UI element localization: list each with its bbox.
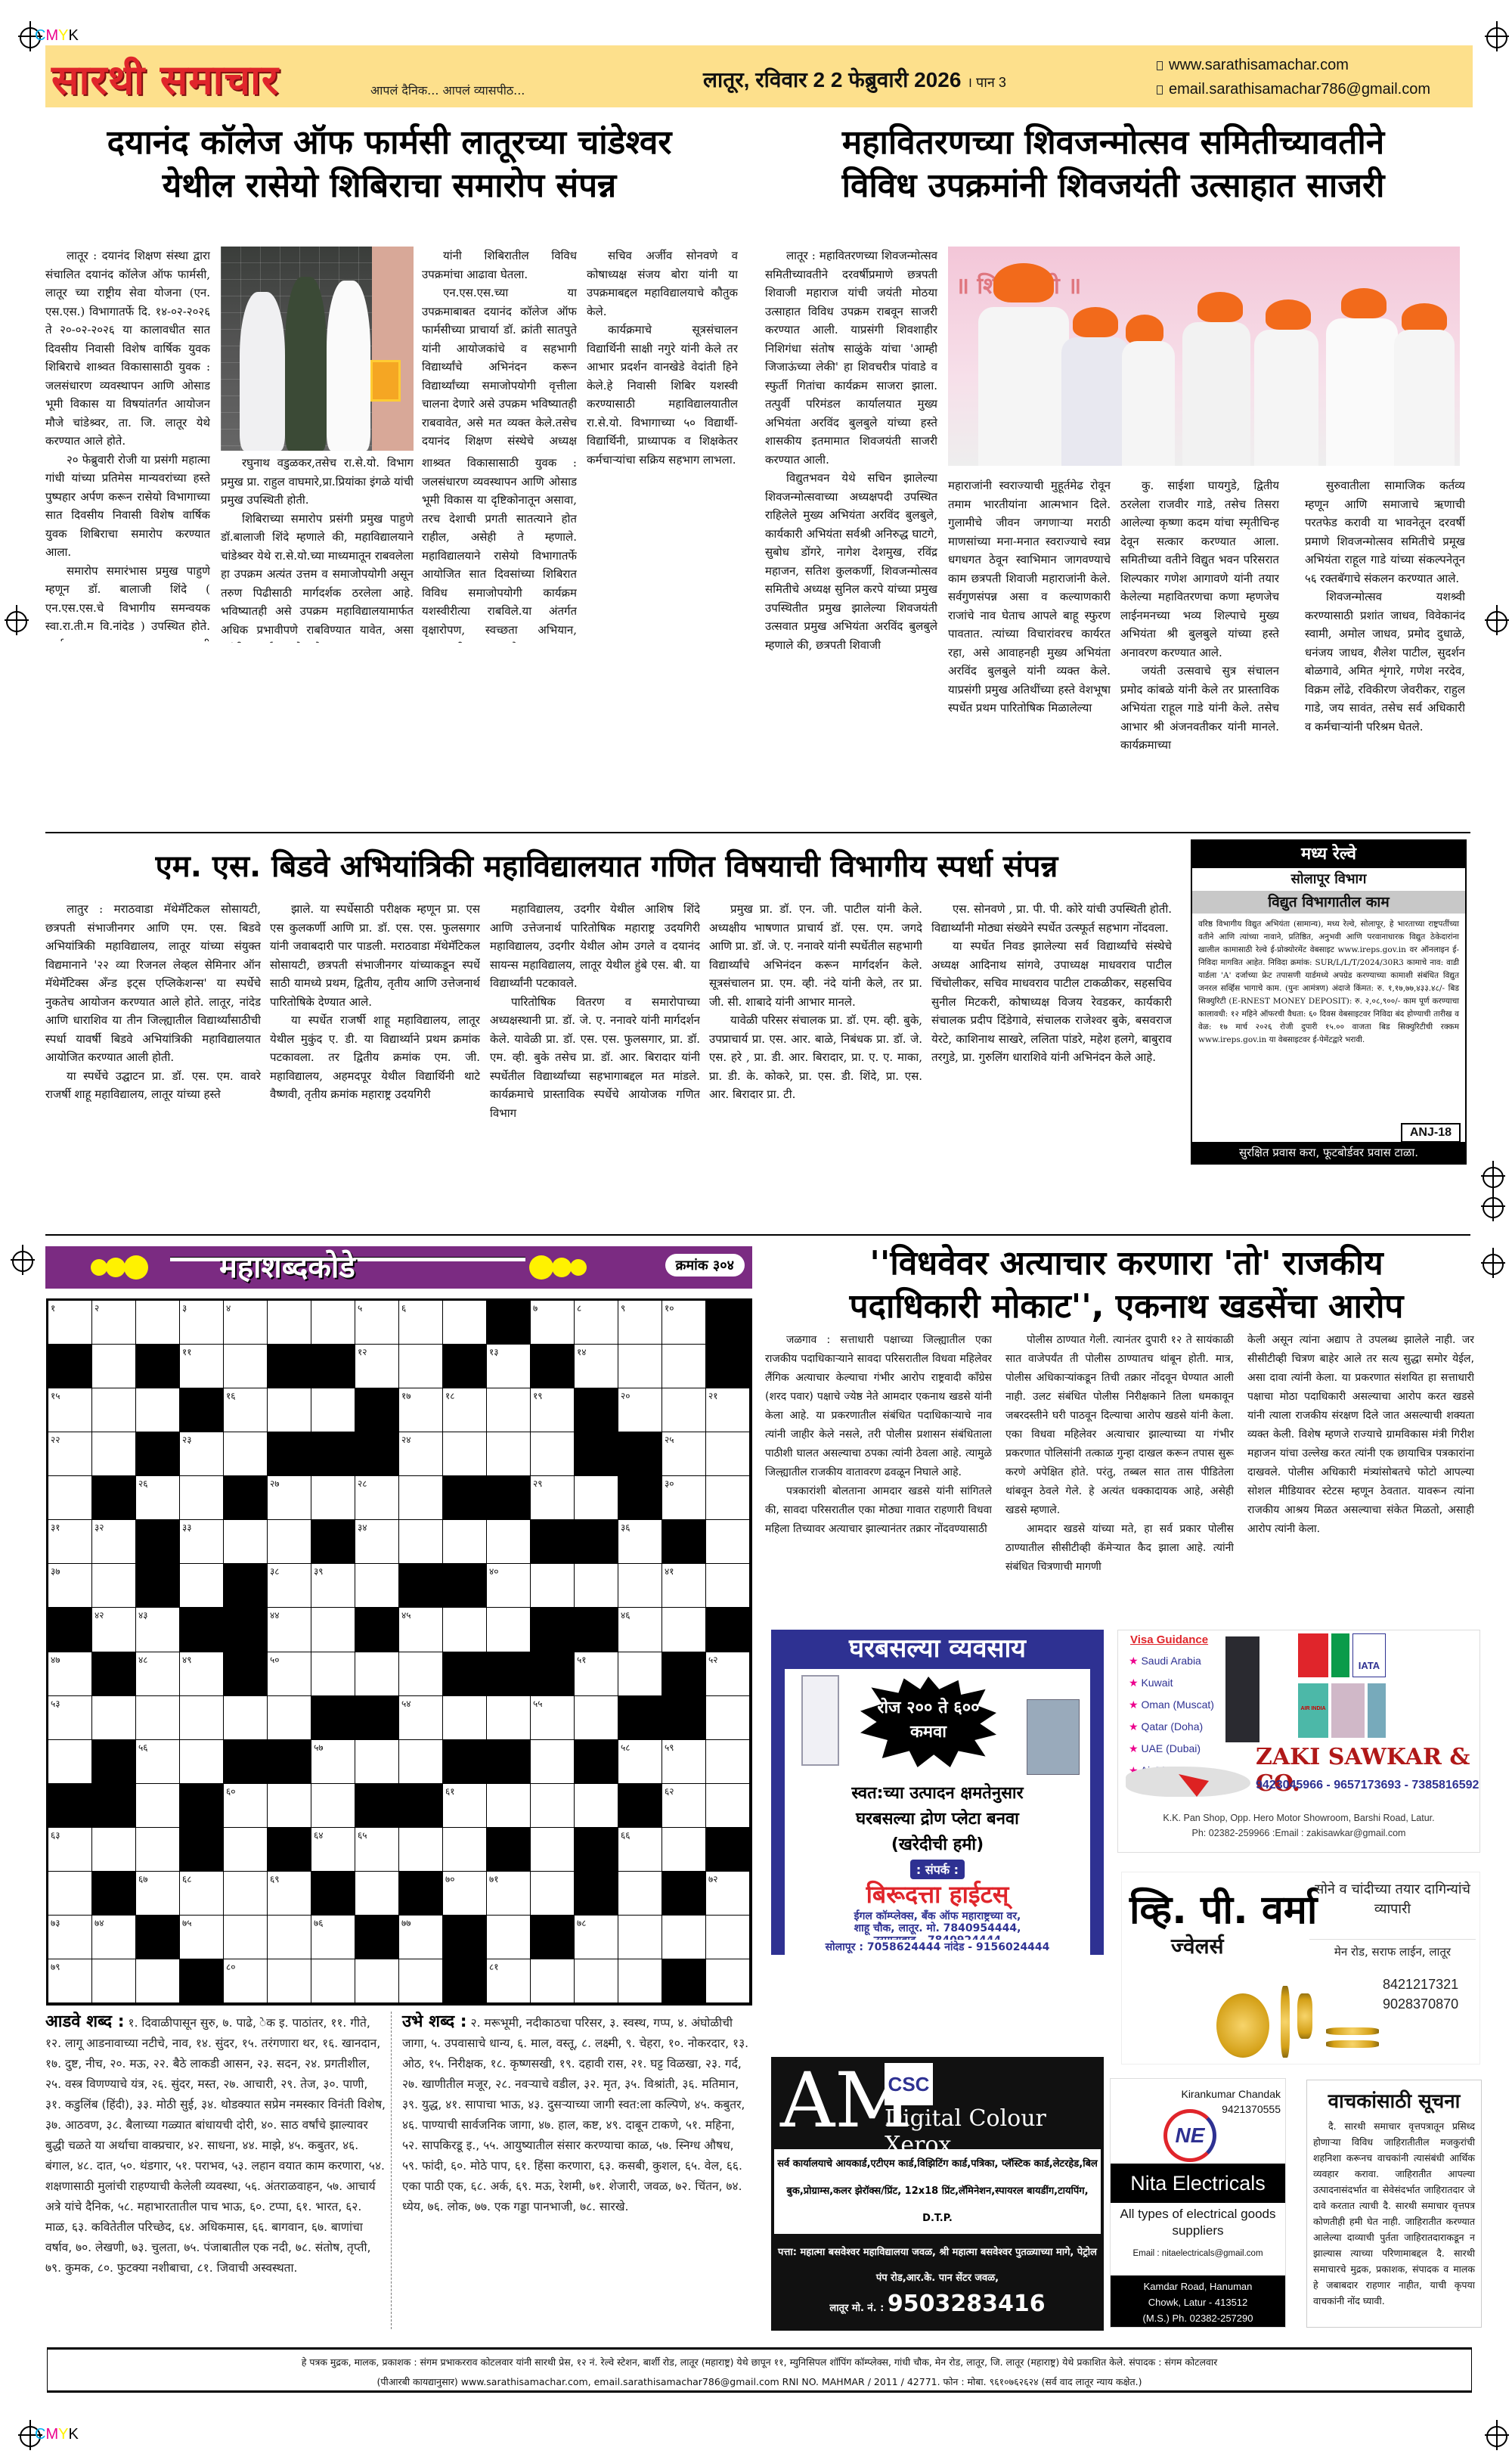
crossword-cell[interactable]: ४१ [662, 1564, 706, 1608]
crossword-cell[interactable]: ३१ [48, 1520, 92, 1564]
clues-down: उभे शब्द : २. मरूभूमी, नदीकाठचा परिसर, ३… [402, 2012, 750, 2217]
clue-number: ३० [665, 1477, 674, 1490]
ad-gharbaslya-vyavsay[interactable]: घरबसल्या व्यवसाय रोज २०० ते ६०० कमवा स्व… [771, 1630, 1104, 1955]
crossword-cell[interactable]: १४ [575, 1345, 618, 1388]
crossword-cell[interactable] [443, 1301, 487, 1345]
chain-icon [1326, 2027, 1379, 2035]
crossword-cell[interactable] [136, 1828, 180, 1872]
crossword-block [618, 1696, 662, 1740]
crossword-cell[interactable]: २१ [706, 1388, 750, 1432]
clue-number: ३७ [51, 1565, 60, 1577]
crossword-cell[interactable]: ६ [399, 1301, 443, 1345]
crossword-cell[interactable]: ५८ [618, 1740, 662, 1784]
crossword-cell[interactable] [311, 1608, 355, 1652]
clue-number: ७५ [182, 1916, 191, 1929]
notice-code: ANJ-18 [1401, 1123, 1461, 1143]
crossword-cell[interactable] [531, 1784, 575, 1828]
crossword-cell[interactable] [706, 1476, 750, 1520]
crossword-cell[interactable] [399, 1652, 443, 1696]
crossword-cell[interactable]: २ [92, 1301, 136, 1345]
crossword-block [180, 1608, 224, 1652]
crossword-cell[interactable]: ६५ [355, 1828, 399, 1872]
crossword-cell[interactable] [92, 1564, 136, 1608]
crossword-cell[interactable] [48, 1872, 92, 1916]
crossword-cell[interactable] [92, 1828, 136, 1872]
crossword-cell[interactable]: २७ [268, 1476, 311, 1520]
crossword-cell[interactable]: ६४ [311, 1828, 355, 1872]
crossword-cell[interactable] [268, 1520, 311, 1564]
crossword-cell[interactable]: ५९ [662, 1740, 706, 1784]
crossword-cell[interactable]: १ [48, 1301, 92, 1345]
crossword-cell[interactable]: ७० [443, 1872, 487, 1916]
crossword-cell[interactable] [399, 1345, 443, 1388]
crossword-cell[interactable] [180, 1564, 224, 1608]
crossword-cell[interactable] [224, 1345, 268, 1388]
crossword-cell[interactable] [618, 1872, 662, 1916]
clue-number: २७ [270, 1477, 279, 1490]
crossword-cell[interactable]: २६ [136, 1476, 180, 1520]
crossword-cell[interactable] [136, 1959, 180, 2003]
crossword-cell[interactable] [575, 1564, 618, 1608]
crossword-cell[interactable]: ७२ [706, 1872, 750, 1916]
crossword-cell[interactable]: ३६ [618, 1520, 662, 1564]
crossword-cell[interactable] [92, 1432, 136, 1476]
article-column: कु. साईशा घायगुडे, द्वितीय ठरलेला राजवीर… [1120, 476, 1279, 829]
crossword-cell[interactable]: २९ [531, 1476, 575, 1520]
crossword-cell[interactable] [575, 1696, 618, 1740]
crossword-cell[interactable]: ४८ [136, 1652, 180, 1696]
website-link[interactable]: www.sarathisamachar.com [1169, 57, 1349, 73]
crossword-cell[interactable] [662, 1916, 706, 1959]
crossword-cell[interactable]: ७८ [575, 1916, 618, 1959]
crossword-cell[interactable]: ६९ [268, 1872, 311, 1916]
ad-nita-electricals[interactable]: Kirankumar Chandak9421370555 NE Nita Ele… [1110, 2078, 1286, 2328]
crossword-cell[interactable]: १७ [399, 1388, 443, 1432]
crossword-block [136, 1564, 180, 1608]
crossword-cell[interactable] [224, 1916, 268, 1959]
crossword-block [662, 1520, 706, 1564]
article-column: लातूर : दयानंद शिक्षण संस्था द्वारा संचा… [45, 247, 210, 641]
crossword-block [311, 1345, 355, 1388]
crossword-cell[interactable] [618, 1345, 662, 1388]
section-divider [45, 832, 1470, 833]
crossword-cell[interactable] [706, 1784, 750, 1828]
crossword-cell[interactable]: १२ [355, 1345, 399, 1388]
crossword-block [531, 1916, 575, 1959]
crossword-block [268, 1345, 311, 1388]
clue-number: ३६ [621, 1521, 630, 1534]
crossword-cell[interactable] [618, 1959, 662, 2003]
crossword-cell[interactable]: ६६ [618, 1828, 662, 1872]
crossword-cell[interactable]: २८ [355, 1476, 399, 1520]
crossword-cell[interactable]: ४३ [136, 1608, 180, 1652]
clue-number: २१ [708, 1389, 717, 1402]
clue-number: १८ [445, 1389, 454, 1402]
crossword-cell[interactable]: ६७ [136, 1872, 180, 1916]
crossword-cell[interactable]: ७७ [399, 1916, 443, 1959]
clue-number: ६६ [621, 1829, 630, 1841]
crossword-cell[interactable]: ६० [224, 1784, 268, 1828]
registration-mark-icon [1482, 21, 1512, 51]
clue-number: ४१ [665, 1565, 674, 1577]
crossword-cell[interactable] [268, 1388, 311, 1432]
crossword-cell[interactable]: ३२ [92, 1520, 136, 1564]
pan-card-icon [1331, 1683, 1365, 1738]
crossword-cell[interactable] [706, 1740, 750, 1784]
crossword-cell[interactable] [706, 1916, 750, 1959]
clue-number: ६१ [445, 1785, 454, 1798]
crossword-cell[interactable] [136, 1696, 180, 1740]
clue-number: ६५ [358, 1829, 367, 1841]
hajj-logo-icon [1298, 1633, 1328, 1677]
phone-numbers: 84212173219028370870 [1383, 1975, 1458, 2014]
crossword-cell[interactable] [180, 1696, 224, 1740]
crossword-cell[interactable] [487, 1388, 531, 1432]
crossword-cell[interactable] [355, 1652, 399, 1696]
masthead: सारथी समाचार आपलं दैनिक... आपलं व्यासपीठ… [45, 45, 1473, 107]
notice-org: मध्य रेल्वे [1192, 841, 1465, 868]
crossword-cell[interactable]: २२ [48, 1432, 92, 1476]
crossword-cell[interactable] [224, 1520, 268, 1564]
crossword-cell[interactable] [136, 1784, 180, 1828]
section-divider [45, 1234, 1470, 1236]
notice-footer: सुरक्षित प्रवास करा, फूटबोर्डवर प्रवास ट… [1192, 1142, 1465, 1163]
crossword-cell[interactable]: २५ [662, 1432, 706, 1476]
article-column: लातूर : महावितरणच्या शिवजन्मोत्सव समितीच… [765, 247, 937, 829]
crossword-block [180, 1828, 224, 1872]
newspaper-logo: सारथी समाचार [51, 50, 279, 106]
crossword-cell[interactable]: ५२ [706, 1652, 750, 1696]
crossword-block [399, 1564, 443, 1608]
crossword-cell[interactable] [662, 1608, 706, 1652]
crossword-cell[interactable]: ७५ [180, 1916, 224, 1959]
address: Kamdar Road, HanumanChowk, Latur - 41351… [1111, 2275, 1285, 2328]
ad-zaki-sawkar[interactable]: Visa Guidance Saudi ArabiaKuwaitOman (Mu… [1117, 1630, 1480, 1853]
ne-logo-icon: NE [1163, 2109, 1216, 2162]
crossword-block [355, 1388, 399, 1432]
crossword-cell[interactable]: ३७ [48, 1564, 92, 1608]
crossword-cell[interactable] [268, 1696, 311, 1740]
crossword-cell[interactable]: १९ [531, 1388, 575, 1432]
crossword-cell[interactable] [224, 1696, 268, 1740]
crossword-block [575, 1740, 618, 1784]
clue-number: ६ [401, 1301, 406, 1314]
crossword-block [487, 1301, 531, 1345]
crossword-cell[interactable]: ४६ [618, 1608, 662, 1652]
crossword-cell[interactable]: ६८ [180, 1872, 224, 1916]
crossword-block [92, 1740, 136, 1784]
crossword-cell[interactable]: ५३ [48, 1696, 92, 1740]
clue-number: ५३ [51, 1697, 60, 1710]
crossword-cell[interactable] [531, 1564, 575, 1608]
crossword-cell[interactable] [662, 1828, 706, 1872]
crossword-block [443, 1564, 487, 1608]
clue-number: २९ [533, 1477, 542, 1490]
crossword-block [443, 1959, 487, 2003]
crossword-cell[interactable] [706, 1520, 750, 1564]
crossword-block [443, 1476, 487, 1520]
crossword-cell[interactable]: ६३ [48, 1828, 92, 1872]
crossword-cell[interactable] [706, 1959, 750, 2003]
article-column: झाले. या स्पर्धेसाठी परीक्षक म्हणून प्रा… [270, 900, 480, 1225]
clue-number: ३९ [314, 1565, 323, 1577]
crossword-cell[interactable] [311, 1959, 355, 2003]
crossword-cell[interactable] [487, 1696, 531, 1740]
crossword-cell[interactable]: ४७ [48, 1652, 92, 1696]
crossword-cell[interactable]: ७९ [48, 1959, 92, 2003]
crossword-number: क्रमांक ३०४ [665, 1254, 745, 1277]
clue-number: ५४ [401, 1697, 411, 1710]
crossword-cell[interactable] [531, 1959, 575, 2003]
crossword-cell[interactable] [92, 1388, 136, 1432]
crossword-cell[interactable]: ५६ [136, 1740, 180, 1784]
crossword-block [48, 1608, 92, 1652]
crossword-cell[interactable] [268, 1784, 311, 1828]
crossword-cell[interactable] [487, 1608, 531, 1652]
crossword-cell[interactable]: ३ [180, 1301, 224, 1345]
crossword-banner: महाशब्दकोडे क्रमांक ३०४ [45, 1246, 752, 1289]
crossword-block [706, 1828, 750, 1872]
crossword-cell[interactable] [355, 1564, 399, 1608]
clue-number: ४४ [270, 1608, 279, 1621]
clue-number: १३ [489, 1345, 498, 1358]
clue-number: १० [665, 1301, 674, 1314]
registration-mark-icon [8, 1245, 38, 1275]
crossword-block [662, 1652, 706, 1696]
article-column: लातुर : मराठवाडा मॅथेमॅटिकल सोसायटी, छत्… [45, 900, 261, 1225]
crossword-cell[interactable]: ३३ [180, 1520, 224, 1564]
clue-number: ४८ [138, 1653, 147, 1666]
crossword-cell[interactable] [487, 1520, 531, 1564]
clue-number: ६२ [665, 1785, 674, 1798]
crossword-block [92, 1784, 136, 1828]
crossword-cell[interactable] [268, 1959, 311, 2003]
reader-notice: वाचकांसाठी सूचना दै. सारथी समाचार वृत्तप… [1306, 2080, 1482, 2328]
crossword-cell[interactable]: ६२ [662, 1784, 706, 1828]
crossword-cell[interactable] [48, 1476, 92, 1520]
crossword-cell[interactable] [399, 1476, 443, 1520]
crossword-cell[interactable] [224, 1432, 268, 1476]
crossword-cell[interactable] [311, 1388, 355, 1432]
clue-number: ५५ [533, 1697, 542, 1710]
crossword-cell[interactable] [575, 1476, 618, 1520]
crossword-cell[interactable] [268, 1301, 311, 1345]
clue-number: २३ [182, 1433, 191, 1446]
crossword-block [443, 1740, 487, 1784]
crossword-cell[interactable]: १८ [443, 1388, 487, 1432]
crossword-cell[interactable]: ४२ [92, 1608, 136, 1652]
crossword-cell[interactable] [399, 1959, 443, 2003]
crossword-cell[interactable] [224, 1872, 268, 1916]
crossword-block [487, 1828, 531, 1872]
clue-number: ४७ [51, 1653, 60, 1666]
crossword-cell[interactable] [399, 1520, 443, 1564]
crossword-cell[interactable]: ४५ [399, 1608, 443, 1652]
crossword-cell[interactable] [487, 1432, 531, 1476]
crossword-cell[interactable] [92, 1696, 136, 1740]
crossword-cell[interactable] [443, 1520, 487, 1564]
crossword-cell[interactable]: १० [662, 1301, 706, 1345]
crossword-cell[interactable] [136, 1388, 180, 1432]
clue-number: २ [94, 1301, 99, 1314]
crossword-cell[interactable] [180, 1740, 224, 1784]
clue-number: ७ [533, 1301, 538, 1314]
crossword-block [136, 1432, 180, 1476]
crossword-block [487, 1476, 531, 1520]
crossword-cell[interactable] [311, 1301, 355, 1345]
registration-mark-icon [1478, 1161, 1508, 1191]
crossword-cell[interactable] [531, 1828, 575, 1872]
clue-number: ७८ [577, 1916, 586, 1929]
crossword-block [48, 1345, 92, 1388]
crossword-cell[interactable]: ९ [618, 1301, 662, 1345]
crossword-cell[interactable]: ८१ [487, 1959, 531, 2003]
crossword-cell[interactable] [443, 1828, 487, 1872]
business-name: Nita Electricals [1111, 2164, 1285, 2203]
address: पत्ता: महात्मा बसवेश्वर महाविद्यालया जवळ… [774, 2240, 1101, 2322]
crossword-cell[interactable]: ६१ [443, 1784, 487, 1828]
crossword-cell[interactable]: ८० [224, 1959, 268, 2003]
clue-number: ३१ [51, 1521, 60, 1534]
crossword-cell[interactable] [618, 1564, 662, 1608]
clue-number: ७३ [51, 1916, 60, 1929]
crossword-block [136, 1916, 180, 1959]
crossword-cell[interactable]: १५ [48, 1388, 92, 1432]
clue-number: ९ [621, 1301, 625, 1314]
crossword-cell[interactable] [443, 1696, 487, 1740]
crossword-block [355, 1608, 399, 1652]
email: Email : nitaelectricals@gmail.com [1111, 2249, 1285, 2258]
crossword-cell[interactable] [487, 1916, 531, 1959]
crossword-cell[interactable]: ४० [487, 1564, 531, 1608]
crossword-cell[interactable] [575, 1784, 618, 1828]
crossword-cell[interactable] [399, 1828, 443, 1872]
crossword-cell[interactable]: ४ [224, 1301, 268, 1345]
crossword-cell[interactable]: ७४ [92, 1916, 136, 1959]
crossword-cell[interactable]: ३८ [268, 1564, 311, 1608]
crossword-cell[interactable] [311, 1476, 355, 1520]
headline-nss-camp: दयानंद कॉलेज ऑफ फार्मसी लातूरच्या चांडेश… [42, 121, 737, 207]
clue-number: ५६ [138, 1741, 147, 1754]
clue-number: ७९ [51, 1960, 60, 1973]
crossword-cell[interactable] [48, 1740, 92, 1784]
crossword-cell[interactable] [224, 1828, 268, 1872]
crossword-cell[interactable]: ५५ [531, 1696, 575, 1740]
crossword-cell[interactable]: २३ [180, 1432, 224, 1476]
crossword-grid[interactable]: १२३४५६७८९१०१११२१३१४१५१६१७१८१९२०२१२२२३२४२… [46, 1298, 752, 2006]
crossword-cell[interactable] [92, 1345, 136, 1388]
crossword-cell[interactable] [662, 1388, 706, 1432]
crossword-cell[interactable]: ३९ [311, 1564, 355, 1608]
contact-info: www.sarathisamachar.com email.sarathisam… [1157, 53, 1430, 101]
crossword-cell[interactable] [355, 1872, 399, 1916]
crossword-cell[interactable]: ७६ [311, 1916, 355, 1959]
crossword-cell[interactable]: १३ [487, 1345, 531, 1388]
crossword-block [224, 1608, 268, 1652]
crossword-block [311, 1520, 355, 1564]
crossword-cell[interactable] [706, 1564, 750, 1608]
crossword-cell[interactable] [355, 1740, 399, 1784]
crossword-cell[interactable]: ८ [575, 1301, 618, 1345]
crossword-cell[interactable] [311, 1652, 355, 1696]
clue-number: ६८ [182, 1872, 191, 1885]
ad-am-digital-xerox[interactable]: AM CSC Digital Colour Xerox सर्व कार्याल… [771, 2057, 1104, 2331]
crossword-cell[interactable]: ७ [531, 1301, 575, 1345]
crossword-title: महाशब्दकोडे [219, 1245, 355, 1286]
crossword-block [662, 1696, 706, 1740]
crossword-cell[interactable]: ११ [180, 1345, 224, 1388]
email-link[interactable]: email.sarathisamachar786@gmail.com [1169, 81, 1430, 98]
crossword-cell[interactable] [706, 1432, 750, 1476]
crossword-cell[interactable]: ७१ [487, 1872, 531, 1916]
clue-number: १७ [401, 1389, 411, 1402]
clue-number: १४ [577, 1345, 586, 1358]
ad-vp-varma-jewellers[interactable]: व्हि. पी. वर्मा ज्वेलर्स सोने व चांदीच्य… [1121, 1872, 1480, 2064]
crossword-cell[interactable] [268, 1916, 311, 1959]
crossword-block [706, 1345, 750, 1388]
crossword-block [311, 1696, 355, 1740]
crossword-cell[interactable] [443, 1432, 487, 1476]
crossword-cell[interactable] [531, 1740, 575, 1784]
crossword-cell[interactable] [355, 1959, 399, 2003]
crossword-cell[interactable]: ७३ [48, 1916, 92, 1959]
crossword-cell[interactable] [399, 1740, 443, 1784]
crossword-cell[interactable]: ४४ [268, 1608, 311, 1652]
crossword-cell[interactable]: ५० [268, 1652, 311, 1696]
crossword-cell[interactable] [311, 1784, 355, 1828]
crossword-cell[interactable] [443, 1608, 487, 1652]
crossword-cell[interactable]: ४९ [180, 1652, 224, 1696]
clue-number: ६० [226, 1785, 235, 1798]
crossword-cell[interactable]: २० [618, 1388, 662, 1432]
crossword-cell[interactable] [136, 1301, 180, 1345]
crossword-block [443, 1652, 487, 1696]
crossword-cell[interactable] [92, 1959, 136, 2003]
crossword-block [399, 1872, 443, 1916]
crossword-cell[interactable]: २४ [399, 1432, 443, 1476]
crossword-cell[interactable] [618, 1652, 662, 1696]
crossword-cell[interactable]: १६ [224, 1388, 268, 1432]
crossword-cell[interactable] [575, 1959, 618, 2003]
article-column: प्रमुख प्रा. डॉ. एन. जी. पाटील यांनी केल… [709, 900, 922, 1225]
crossword-cell[interactable] [662, 1345, 706, 1388]
crossword-cell[interactable]: ५७ [311, 1740, 355, 1784]
crossword-block [618, 1784, 662, 1828]
crossword-block [443, 1345, 487, 1388]
crossword-cell[interactable] [531, 1432, 575, 1476]
clue-number: ८ [577, 1301, 581, 1314]
cmyk-label: CMYK [35, 27, 79, 45]
crossword-cell[interactable]: ५१ [575, 1652, 618, 1696]
crossword-cell[interactable] [706, 1696, 750, 1740]
crossword-block [136, 1520, 180, 1564]
crossword-block [180, 1959, 224, 2003]
crossword-cell[interactable]: ५४ [399, 1696, 443, 1740]
clue-number: ७१ [489, 1872, 498, 1885]
clue-number: २२ [51, 1433, 60, 1446]
crossword-cell[interactable]: ३० [662, 1476, 706, 1520]
crossword-block [224, 1476, 268, 1520]
crossword-cell[interactable] [618, 1916, 662, 1959]
crossword-cell[interactable] [531, 1872, 575, 1916]
crossword-cell[interactable]: ३४ [355, 1520, 399, 1564]
crossword-cell[interactable]: ५ [355, 1301, 399, 1345]
clue-number: ४० [489, 1565, 498, 1577]
mosque-logo-icon [1331, 1633, 1349, 1677]
crossword-cell[interactable] [180, 1476, 224, 1520]
chain-icon [1326, 2040, 1379, 2048]
crossword-cell[interactable] [487, 1784, 531, 1828]
